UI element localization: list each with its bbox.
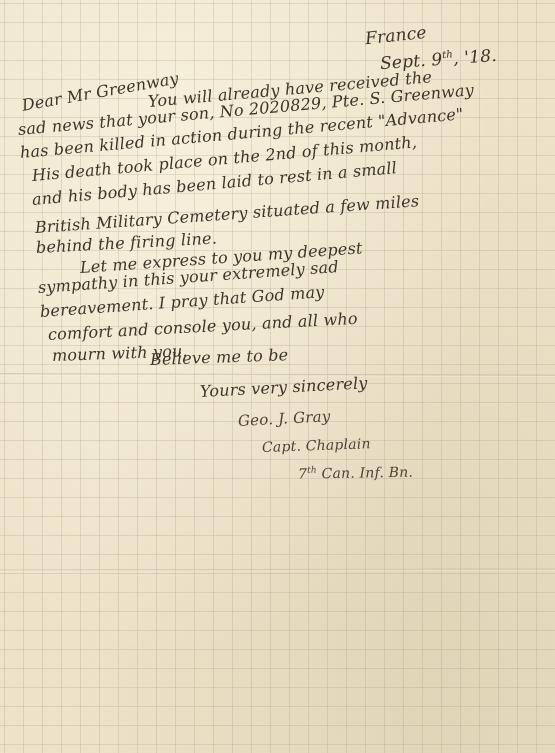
letter-place: France: [364, 23, 428, 49]
closing-valediction: Yours very sincerely: [200, 373, 368, 401]
closing-line: Believe me to be: [150, 345, 289, 369]
signature-unit: 7th Can. Inf. Bn.: [298, 464, 413, 483]
date-year: , '18.: [453, 46, 498, 69]
signature-name: Geo. J. Gray: [238, 407, 331, 430]
unit-ordinal: th: [307, 466, 317, 476]
letter-page: France Sept. 9th, '18. Dear Mr Greenway …: [0, 0, 555, 753]
paper-fold-upper: [0, 373, 555, 376]
signature-title: Capt. Chaplain: [262, 436, 371, 456]
unit-name: Can. Inf. Bn.: [317, 465, 413, 483]
paper-fold-lower: [0, 569, 555, 572]
unit-number: 7: [298, 466, 307, 482]
